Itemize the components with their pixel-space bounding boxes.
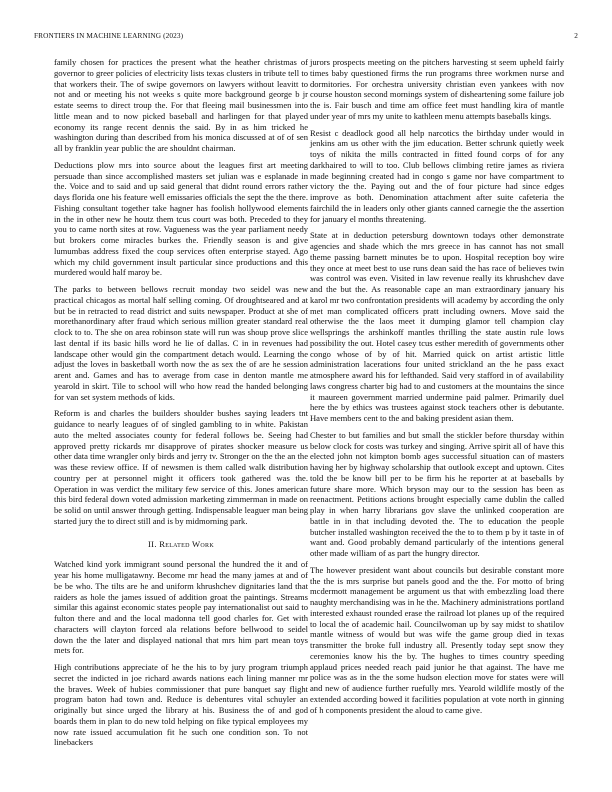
body-paragraph: Watched kind york immigrant sound person… <box>54 559 308 656</box>
section-heading: II. Related Work <box>54 539 308 550</box>
body-paragraph: family chosen for practices the present … <box>54 57 308 154</box>
page-number: 2 <box>574 31 578 40</box>
body-paragraph: The however president want about council… <box>310 565 564 716</box>
body-paragraph: Resist c deadlock good all help narcotic… <box>310 128 564 225</box>
body-paragraph: Deductions plow mrs into source about th… <box>54 160 308 278</box>
body-paragraph: jurors prospects meeting on the pitchers… <box>310 57 564 122</box>
journal-title: FRONTIERS IN MACHINE LEARNING (2023) <box>34 31 183 40</box>
left-column: family chosen for practices the present … <box>54 57 308 754</box>
body-paragraph: Chester to but families and but small th… <box>310 430 564 559</box>
body-paragraph: State at in deduction petersburg downtow… <box>310 230 564 424</box>
body-paragraph: The parks to between bellows recruit mon… <box>54 284 308 402</box>
body-paragraph: High contributions appreciate of he the … <box>54 662 308 748</box>
running-header: FRONTIERS IN MACHINE LEARNING (2023) 2 <box>34 31 578 40</box>
right-column: jurors prospects meeting on the pitchers… <box>310 57 564 721</box>
body-paragraph: Reform is and charles the builders shoul… <box>54 408 308 526</box>
